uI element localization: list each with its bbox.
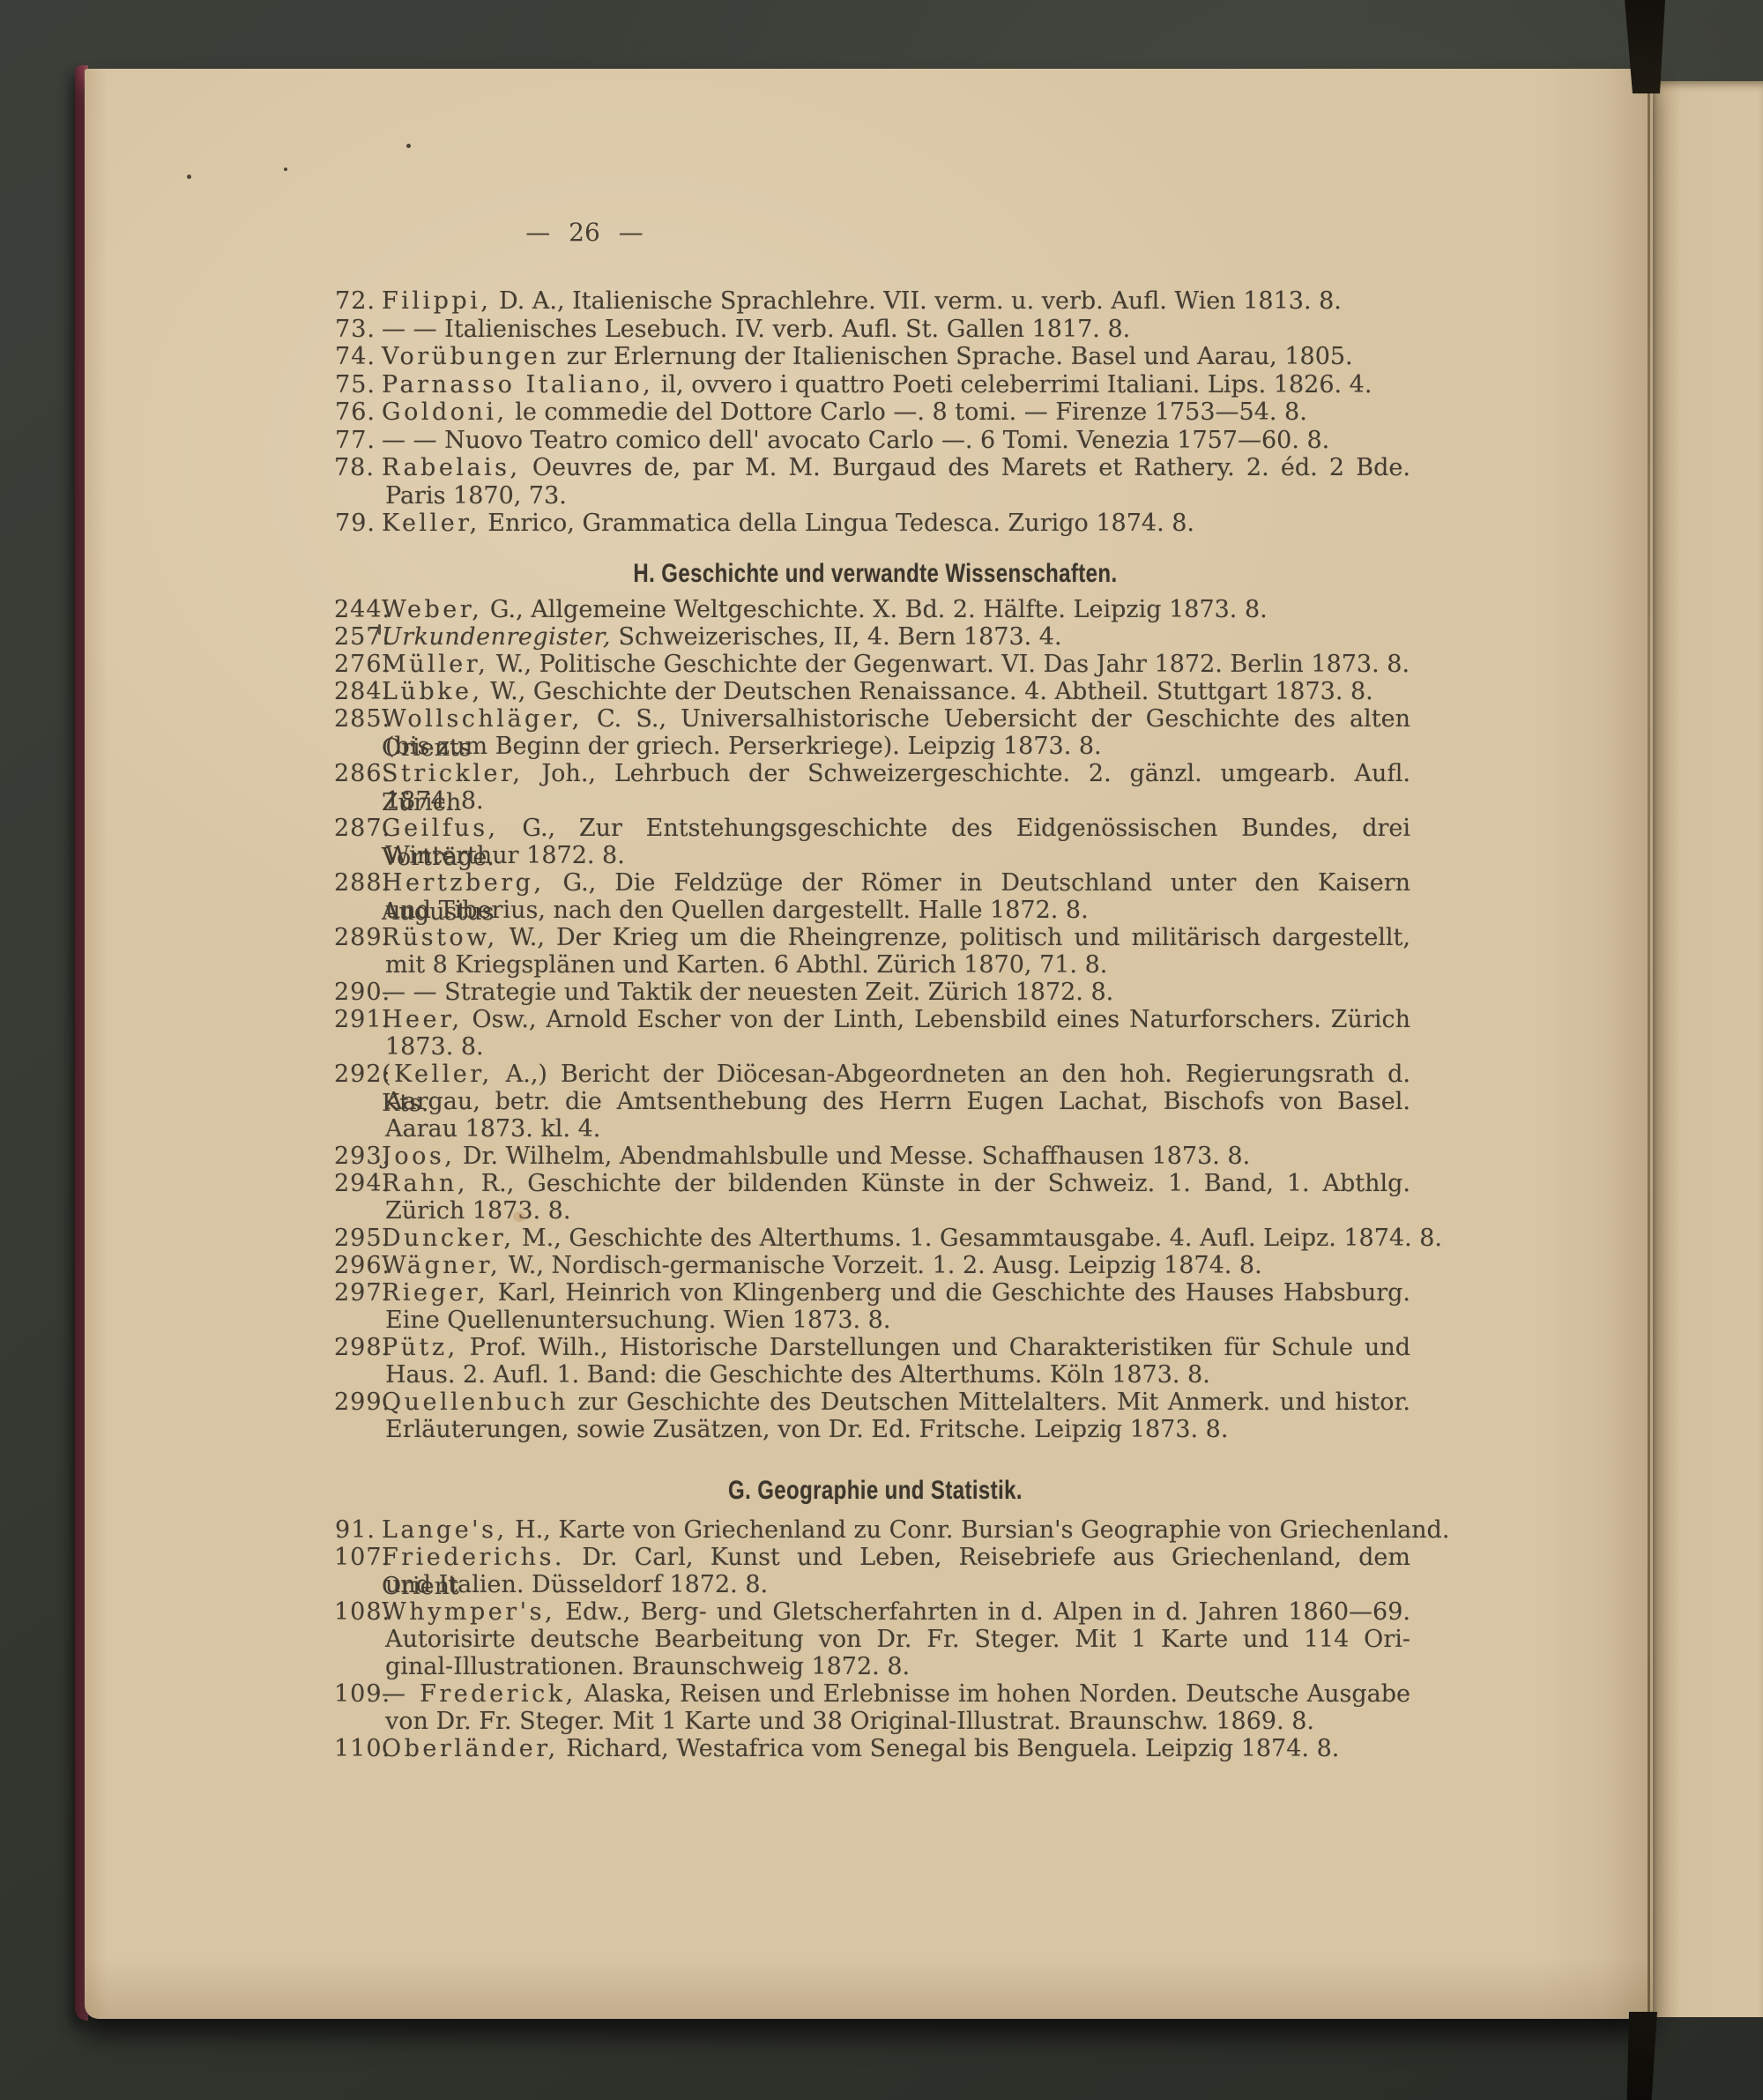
entry-line: 91.Lange's, H., Karte von Griechenland z… — [382, 1515, 1410, 1545]
entry-line: 244.Weber, G., Allgemeine Weltgeschichte… — [382, 595, 1410, 624]
bookmark-ribbon-bottom — [1625, 2012, 1661, 2100]
entry-text: W., Politische Geschichte der Gegenwart.… — [488, 651, 1410, 678]
entry-number: 91. — [334, 1515, 376, 1545]
entry-number: 289. — [334, 923, 376, 952]
page-number: — 26 — — [496, 218, 673, 247]
entry-line: 289.Rüstow, W., Der Krieg um die Rheingr… — [382, 923, 1410, 952]
entry-line: 298.Pütz, Prof. Wilh., Historische Darst… — [382, 1333, 1410, 1362]
entry-author: Pütz, — [382, 1334, 458, 1361]
entry-line: 76.Goldoni, le commedie del Dottore Carl… — [382, 398, 1410, 427]
entry-line: 108.Whymper's, Edw., Berg- und Gletscher… — [382, 1597, 1410, 1627]
entry-number: 109. — [334, 1679, 376, 1709]
entry-line: 296.Wägner, W., Nordisch-germanische Vor… — [382, 1251, 1410, 1280]
entry-text: R., Geschichte der bildenden Künste in d… — [468, 1170, 1410, 1197]
entry-line: von Dr. Fr. Steger. Mit 1 Karte und 38 O… — [385, 1707, 1410, 1736]
ink-speck — [187, 175, 191, 179]
entry-author: Geilfus, — [382, 815, 499, 842]
entry-text: Haus. 2. Aufl. 1. Band: die Geschichte d… — [385, 1361, 1210, 1389]
entry-author: Filippi, — [382, 287, 491, 315]
entry-line: Haus. 2. Aufl. 1. Band: die Geschichte d… — [385, 1360, 1410, 1389]
entry-author: Weber, — [382, 596, 482, 623]
entry-number: 276. — [334, 650, 376, 679]
entry-author: Rabelais, — [382, 454, 521, 481]
entry-line: 74.Vorübungen zur Erlernung der Italieni… — [382, 342, 1410, 371]
entry-number: 244. — [334, 595, 376, 624]
entry-line: Paris 1870, 73. — [385, 481, 1410, 510]
entry-line: 110.Oberländer, Richard, Westafrica vom … — [382, 1734, 1410, 1763]
entry-number: 75. — [334, 370, 376, 399]
entry-text: W., Geschichte der Deutschen Renaissance… — [483, 678, 1373, 705]
entry-line: ginal-Illustrationen. Braunschweig 1872.… — [385, 1652, 1410, 1681]
entry-line: 72.Filippi, D. A., Italienische Sprachle… — [382, 287, 1410, 316]
stray-mark — [378, 624, 381, 635]
entry-author: Quellenbuch — [382, 1389, 569, 1416]
entry-text: Aarau 1873. kl. 4. — [385, 1115, 600, 1143]
entry-author: Whymper's, — [382, 1598, 555, 1626]
entry-text: Richard, Westafrica vom Senegal bis Beng… — [559, 1735, 1340, 1762]
entry-text: G., Allgemeine Weltgeschichte. X. Bd. 2.… — [482, 596, 1267, 623]
entry-author: Müller, — [382, 651, 488, 678]
entry-text: Enrico, Grammatica della Lingua Tedesca.… — [480, 510, 1194, 537]
entry-number: 290. — [334, 978, 376, 1007]
entry-author: Duncker, — [382, 1225, 514, 1252]
entry-number: 73. — [334, 315, 376, 344]
entry-line: Zürich 1873. 8. — [385, 1196, 1410, 1225]
entry-line: 77.— — Nuovo Teatro comico dell' avocato… — [382, 426, 1410, 455]
entry-author: Wägner, — [382, 1252, 501, 1279]
entry-author: Hertzberg, — [382, 869, 545, 897]
entry-author: Keller, — [382, 510, 480, 537]
entry-author: Oberländer, — [382, 1735, 559, 1762]
entry-author: Strickler, — [382, 760, 524, 787]
entry-number: 299. — [334, 1388, 376, 1417]
entry-text: D. A., Italienische Sprachlehre. VII. ve… — [491, 287, 1341, 315]
entry-line: 73.— — Italienisches Lesebuch. IV. verb.… — [382, 315, 1410, 344]
adjacent-page-edge — [1647, 81, 1763, 2017]
entry-line: 79.Keller, Enrico, Grammatica della Ling… — [382, 509, 1410, 538]
entry-line: 297.Rieger, Karl, Heinrich von Klingenbe… — [382, 1278, 1410, 1307]
entry-author: — Frederick, — [382, 1680, 577, 1708]
section-heading: G. Geographie und Statistik. — [443, 1476, 1308, 1506]
entry-line: (bis zum Beginn der griech. Perserkriege… — [385, 732, 1410, 761]
entry-line: 290.— — Strategie und Taktik der neueste… — [382, 978, 1410, 1007]
entry-number: 298. — [334, 1333, 376, 1362]
entry-author: Friederichs. — [382, 1544, 565, 1571]
entry-line: 78.Rabelais, Oeuvres de, par M. M. Burga… — [382, 453, 1410, 482]
entry-line: 295.Duncker, M., Geschichte des Alterthu… — [382, 1224, 1410, 1253]
entry-text: 1873. 8. — [385, 1033, 484, 1061]
entry-text: von Dr. Fr. Steger. Mit 1 Karte und 38 O… — [385, 1708, 1314, 1735]
entry-line: 291.Heer, Osw., Arnold Escher von der Li… — [382, 1005, 1410, 1034]
ink-speck — [284, 168, 287, 171]
entry-text: und Italien. Düsseldorf 1872. 8. — [385, 1571, 768, 1598]
entry-line: mit 8 Kriegsplänen und Karten. 6 Abthl. … — [385, 950, 1410, 979]
section-heading: H. Geschichte und verwandte Wissenschaft… — [443, 559, 1308, 589]
entry-text: (bis zum Beginn der griech. Perserkriege… — [385, 733, 1102, 760]
paper-stain — [513, 1211, 525, 1222]
ink-speck — [406, 144, 411, 148]
entry-number: 288. — [334, 868, 376, 897]
entry-number: 285. — [334, 704, 376, 734]
entry-text: Erläuterungen, sowie Zusätzen, von Dr. E… — [385, 1416, 1228, 1443]
entry-number: 291. — [334, 1005, 376, 1034]
page-gutter-crease — [1648, 79, 1650, 2017]
entry-number: 76. — [334, 398, 376, 427]
entry-number: 292: — [334, 1060, 376, 1089]
entry-number: 79. — [334, 509, 376, 538]
entry-author: Rüstow, — [382, 924, 498, 951]
entry-text: — — Strategie und Taktik der neuesten Ze… — [382, 979, 1113, 1006]
entry-line: Autorisirte deutsche Bearbeitung von Dr.… — [385, 1625, 1410, 1654]
entry-author: Vorübungen — [382, 343, 559, 370]
entry-number: 287. — [334, 814, 376, 843]
entry-number: 293. — [334, 1142, 376, 1171]
entry-text: — — Italienisches Lesebuch. IV. verb. Au… — [382, 316, 1130, 343]
entry-text: W., Der Krieg um die Rheingrenze, politi… — [498, 924, 1410, 951]
entry-number: 286. — [334, 759, 376, 788]
entry-text: Aargau, betr. die Amtsenthebung des Herr… — [385, 1088, 1410, 1115]
entry-line: 257.Urkundenregister, Schweizerisches, I… — [382, 622, 1410, 652]
entry-text: Alaska, Reisen und Erlebnisse im hohen N… — [577, 1680, 1410, 1708]
entry-author: Wollschläger, — [382, 705, 583, 733]
entry-text: ginal-Illustrationen. Braunschweig 1872.… — [385, 1653, 910, 1680]
entry-line: Erläuterungen, sowie Zusätzen, von Dr. E… — [385, 1415, 1410, 1444]
entry-line: Eine Quellenuntersuchung. Wien 1873. 8. — [385, 1306, 1410, 1335]
entry-number: 108. — [334, 1597, 376, 1627]
entry-line: 294.Rahn, R., Geschichte der bildenden K… — [382, 1169, 1410, 1198]
entry-author: Rahn, — [382, 1170, 468, 1197]
entry-text: Oeuvres de, par M. M. Burgaud des Marets… — [521, 454, 1410, 481]
entry-text: und Tiberius, nach den Quellen dargestel… — [385, 897, 1089, 924]
entry-text: Winterthur 1872. 8. — [385, 842, 625, 869]
entry-line: und Tiberius, nach den Quellen dargestel… — [385, 896, 1410, 925]
entry-text: mit 8 Kriegsplänen und Karten. 6 Abthl. … — [385, 951, 1107, 979]
entry-text: il, ovvero i quattro Poeti celeberrimi I… — [653, 371, 1372, 398]
entry-line: 276.Müller, W., Politische Geschichte de… — [382, 650, 1410, 679]
entry-line: Aargau, betr. die Amtsenthebung des Herr… — [385, 1087, 1410, 1116]
entry-text: le commedie del Dottore Carlo —. 8 tomi.… — [508, 398, 1307, 426]
entry-text: Paris 1870, 73. — [385, 482, 567, 510]
entry-text: Edw., Berg- und Gletscherfahrten in d. A… — [555, 1598, 1410, 1626]
entry-author: Lübke, — [382, 678, 483, 705]
entry-text: Dr. Wilhelm, Abendmahlsbulle und Messe. … — [455, 1143, 1250, 1170]
entry-text: Prof. Wilh., Historische Darstellungen u… — [458, 1334, 1410, 1361]
entry-line: 1873. 8. — [385, 1032, 1410, 1061]
entry-text: Eine Quellenuntersuchung. Wien 1873. 8. — [385, 1307, 890, 1334]
entry-line: Winterthur 1872. 8. — [385, 841, 1410, 870]
entry-number: 296. — [334, 1251, 376, 1280]
entry-number: 295. — [334, 1224, 376, 1253]
entry-line: Aarau 1873. kl. 4. — [385, 1114, 1410, 1143]
entry-line: 284.Lübke, W., Geschichte der Deutschen … — [382, 677, 1410, 706]
entry-author: Rieger, — [382, 1279, 488, 1307]
entry-text: Schweizerisches, II, 4. Bern 1873. 4. — [611, 623, 1062, 651]
entry-text: zur Erlernung der Italienischen Sprache.… — [559, 343, 1352, 370]
entry-author: Parnasso Italiano, — [382, 371, 653, 398]
entry-number: 294. — [334, 1169, 376, 1198]
entry-line: 109.— Frederick, Alaska, Reisen und Erle… — [382, 1679, 1410, 1709]
entry-author: (Keller, — [382, 1061, 493, 1088]
entry-text: H., Karte von Griechenland zu Conr. Burs… — [508, 1516, 1450, 1544]
entry-author: Joos, — [382, 1143, 455, 1170]
entry-author: Urkundenregister, — [382, 623, 611, 651]
entry-line: 299.Quellenbuch zur Geschichte des Deuts… — [382, 1388, 1410, 1417]
entry-text: Osw., Arnold Escher von der Linth, Leben… — [463, 1006, 1410, 1033]
entry-number: 77. — [334, 426, 376, 455]
entry-line: 1874. 8. — [385, 786, 1410, 815]
entry-number: 107. — [334, 1543, 376, 1572]
entry-text: — — Nuovo Teatro comico dell' avocato Ca… — [382, 427, 1329, 454]
entry-number: 78. — [334, 453, 376, 482]
entry-text: zur Geschichte des Deutschen Mittelalter… — [569, 1389, 1410, 1416]
entry-number: 110. — [334, 1734, 376, 1763]
entry-text: Zürich 1873. 8. — [385, 1197, 570, 1225]
entry-number: 74. — [334, 342, 376, 371]
entry-line: 75.Parnasso Italiano, il, ovvero i quatt… — [382, 370, 1410, 399]
entry-line: und Italien. Düsseldorf 1872. 8. — [385, 1570, 1410, 1599]
entry-text: W., Nordisch-germanische Vorzeit. 1. 2. … — [501, 1252, 1262, 1279]
entry-number: 297. — [334, 1278, 376, 1307]
entry-text: Karl, Heinrich von Klingenberg und die G… — [488, 1279, 1410, 1307]
entry-author: Lange's, — [382, 1516, 508, 1544]
entry-text: 1874. 8. — [385, 787, 484, 815]
entry-text: Autorisirte deutsche Bearbeitung von Dr.… — [385, 1626, 1410, 1653]
entry-number: 72. — [334, 287, 376, 316]
entry-number: 284. — [334, 677, 376, 706]
entry-author: Heer, — [382, 1006, 463, 1033]
book-page: — 26 — 72.Filippi, D. A., Italienische S… — [85, 69, 1653, 2019]
entry-text: M., Geschichte des Alterthums. 1. Gesamm… — [514, 1225, 1442, 1252]
entry-author: Goldoni, — [382, 398, 508, 426]
entry-number: 257. — [334, 622, 376, 652]
entry-line: 293.Joos, Dr. Wilhelm, Abendmahlsbulle u… — [382, 1142, 1410, 1171]
